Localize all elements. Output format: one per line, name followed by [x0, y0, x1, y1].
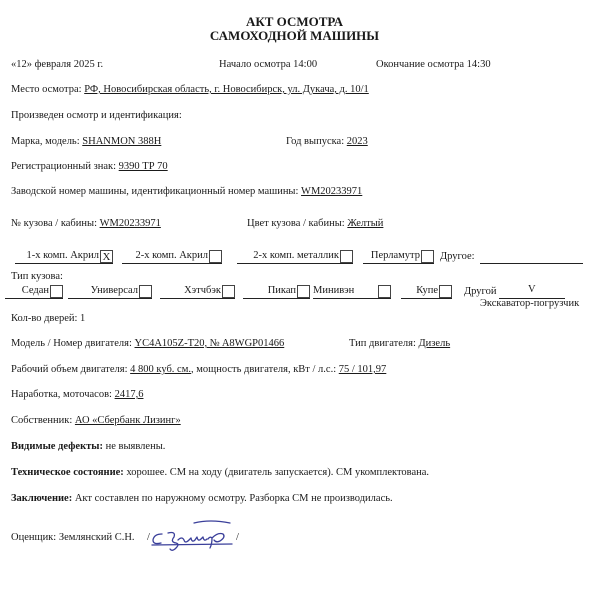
year-of-manufacture: Год выпуска: 2023 [286, 136, 368, 147]
body-wagon-checkbox[interactable] [139, 285, 152, 298]
paint-option-2k-metallic: 2-х комп. металлик [237, 249, 353, 264]
year-value: 2023 [347, 136, 368, 147]
inspection-start-time: Начало осмотра 14:00 [219, 59, 317, 70]
body-other-label: Другой [464, 286, 496, 297]
engine-value: YC4A105Z-T20, № A8WGP01466 [135, 338, 285, 349]
serial-value: WM20233971 [301, 186, 362, 197]
conclusion-label: Заключение: [11, 493, 72, 504]
make-model: Марка, модель: SHANMON 388H [11, 136, 161, 147]
paint-2k-metallic-checkbox[interactable] [340, 250, 353, 263]
engine-label: Модель / Номер двигателя: [11, 338, 132, 349]
paint-2k-acrylic-checkbox[interactable] [209, 250, 222, 263]
engine-type: Тип двигателя: Дизель [349, 338, 450, 349]
paint-pearl-checkbox[interactable] [421, 250, 434, 263]
paint-option-2k-acrylic: 2-х комп. Акрил [122, 249, 222, 264]
inspection-end-time: Окончание осмотра 14:30 [376, 59, 491, 70]
document-title-line1: АКТ ОСМОТРА [0, 14, 589, 29]
condition-label: Техническое состояние: [11, 467, 124, 478]
technical-condition: Техническое состояние: хорошее. СМ на хо… [11, 467, 429, 478]
appraiser-label: Оценщик: Землянский С.Н. [11, 532, 135, 543]
paint-1k-acrylic-checkbox[interactable]: X [100, 250, 113, 263]
condition-value: хорошее. СМ на ходу (двигатель запускает… [126, 467, 429, 478]
body-type-coupe: Купе [401, 284, 452, 299]
registration-sign: Регистрационный знак: 9390 ТР 70 [11, 161, 168, 172]
body-type-label: Тип кузова: [11, 271, 63, 282]
body-no-label: № кузова / кабины: [11, 218, 97, 229]
serial-label: Заводской номер машины, идентификационны… [11, 186, 298, 197]
conclusion-value: Акт составлен по наружному осмотру. Разб… [75, 493, 393, 504]
body-pickup-checkbox[interactable] [297, 285, 310, 298]
conclusion: Заключение: Акт составлен по наружному о… [11, 493, 393, 504]
document-title-line2: САМОХОДНОЙ МАШИНЫ [0, 28, 589, 43]
engine-type-value: Дизель [419, 338, 451, 349]
owner-value: АО «Сбербанк Лизинг» [75, 415, 181, 426]
body-no-value: WM20233971 [100, 218, 161, 229]
inspection-header: Произведен осмотр и идентификация: [11, 110, 182, 121]
inspection-place: Место осмотра: РФ, Новосибирская область… [11, 84, 369, 95]
body-hatchback-checkbox[interactable] [222, 285, 235, 298]
owner: Собственник: АО «Сбербанк Лизинг» [11, 415, 181, 426]
make-value: SHANMON 388H [82, 136, 161, 147]
body-other-mark: V [528, 284, 536, 295]
body-color: Цвет кузова / кабины: Желтый [247, 218, 383, 229]
body-coupe-checkbox[interactable] [439, 285, 452, 298]
body-type-wagon: Универсал [68, 284, 152, 299]
color-value: Желтый [347, 218, 383, 229]
make-label: Марка, модель: [11, 136, 80, 147]
paint-option-1k-acrylic: 1-х комп. Акрил X [15, 249, 113, 264]
visible-defects: Видимые дефекты: не выявлены. [11, 441, 165, 452]
body-type-minivan: Минивэн [313, 284, 391, 299]
inspection-date: «12» февраля 2025 г. [11, 59, 103, 70]
engine-type-label: Тип двигателя: [349, 338, 416, 349]
reg-label: Регистрационный знак: [11, 161, 116, 172]
hours-label: Наработка, моточасов: [11, 389, 112, 400]
place-value: РФ, Новосибирская область, г. Новосибирс… [84, 84, 369, 95]
paint-option-pearl: Перламутр [363, 249, 434, 264]
power-label: , мощность двигателя, кВт / л.с.: [191, 364, 336, 375]
door-count: Кол-во дверей: 1 [11, 313, 85, 324]
body-type-sedan: Седан [5, 284, 63, 299]
defects-label: Видимые дефекты: [11, 441, 103, 452]
paint-other-label: Другое: [440, 251, 475, 262]
defects-value: не выявлены. [106, 441, 166, 452]
body-type-hatchback: Хэтчбэк [160, 284, 235, 299]
signature-icon [148, 518, 240, 554]
volume-value: 4 800 куб. см. [130, 364, 191, 375]
body-sedan-checkbox[interactable] [50, 285, 63, 298]
body-type-pickup: Пикап [243, 284, 310, 299]
power-value: 75 / 101,97 [339, 364, 387, 375]
body-number: № кузова / кабины: WM20233971 [11, 218, 161, 229]
color-label: Цвет кузова / кабины: [247, 218, 345, 229]
engine-volume-power: Рабочий объем двигателя: 4 800 куб. см.,… [11, 364, 386, 375]
engine-hours: Наработка, моточасов: 2417,6 [11, 389, 143, 400]
volume-label: Рабочий объем двигателя: [11, 364, 128, 375]
body-other-value: Экскаватор-погрузчик [480, 298, 579, 309]
reg-value: 9390 ТР 70 [119, 161, 168, 172]
engine-model-number: Модель / Номер двигателя: YC4A105Z-T20, … [11, 338, 284, 349]
year-label: Год выпуска: [286, 136, 344, 147]
hours-value: 2417,6 [115, 389, 144, 400]
place-label: Место осмотра: [11, 84, 82, 95]
paint-other-field[interactable] [480, 263, 583, 264]
serial-number: Заводской номер машины, идентификационны… [11, 186, 362, 197]
body-minivan-checkbox[interactable] [378, 285, 391, 298]
owner-label: Собственник: [11, 415, 72, 426]
